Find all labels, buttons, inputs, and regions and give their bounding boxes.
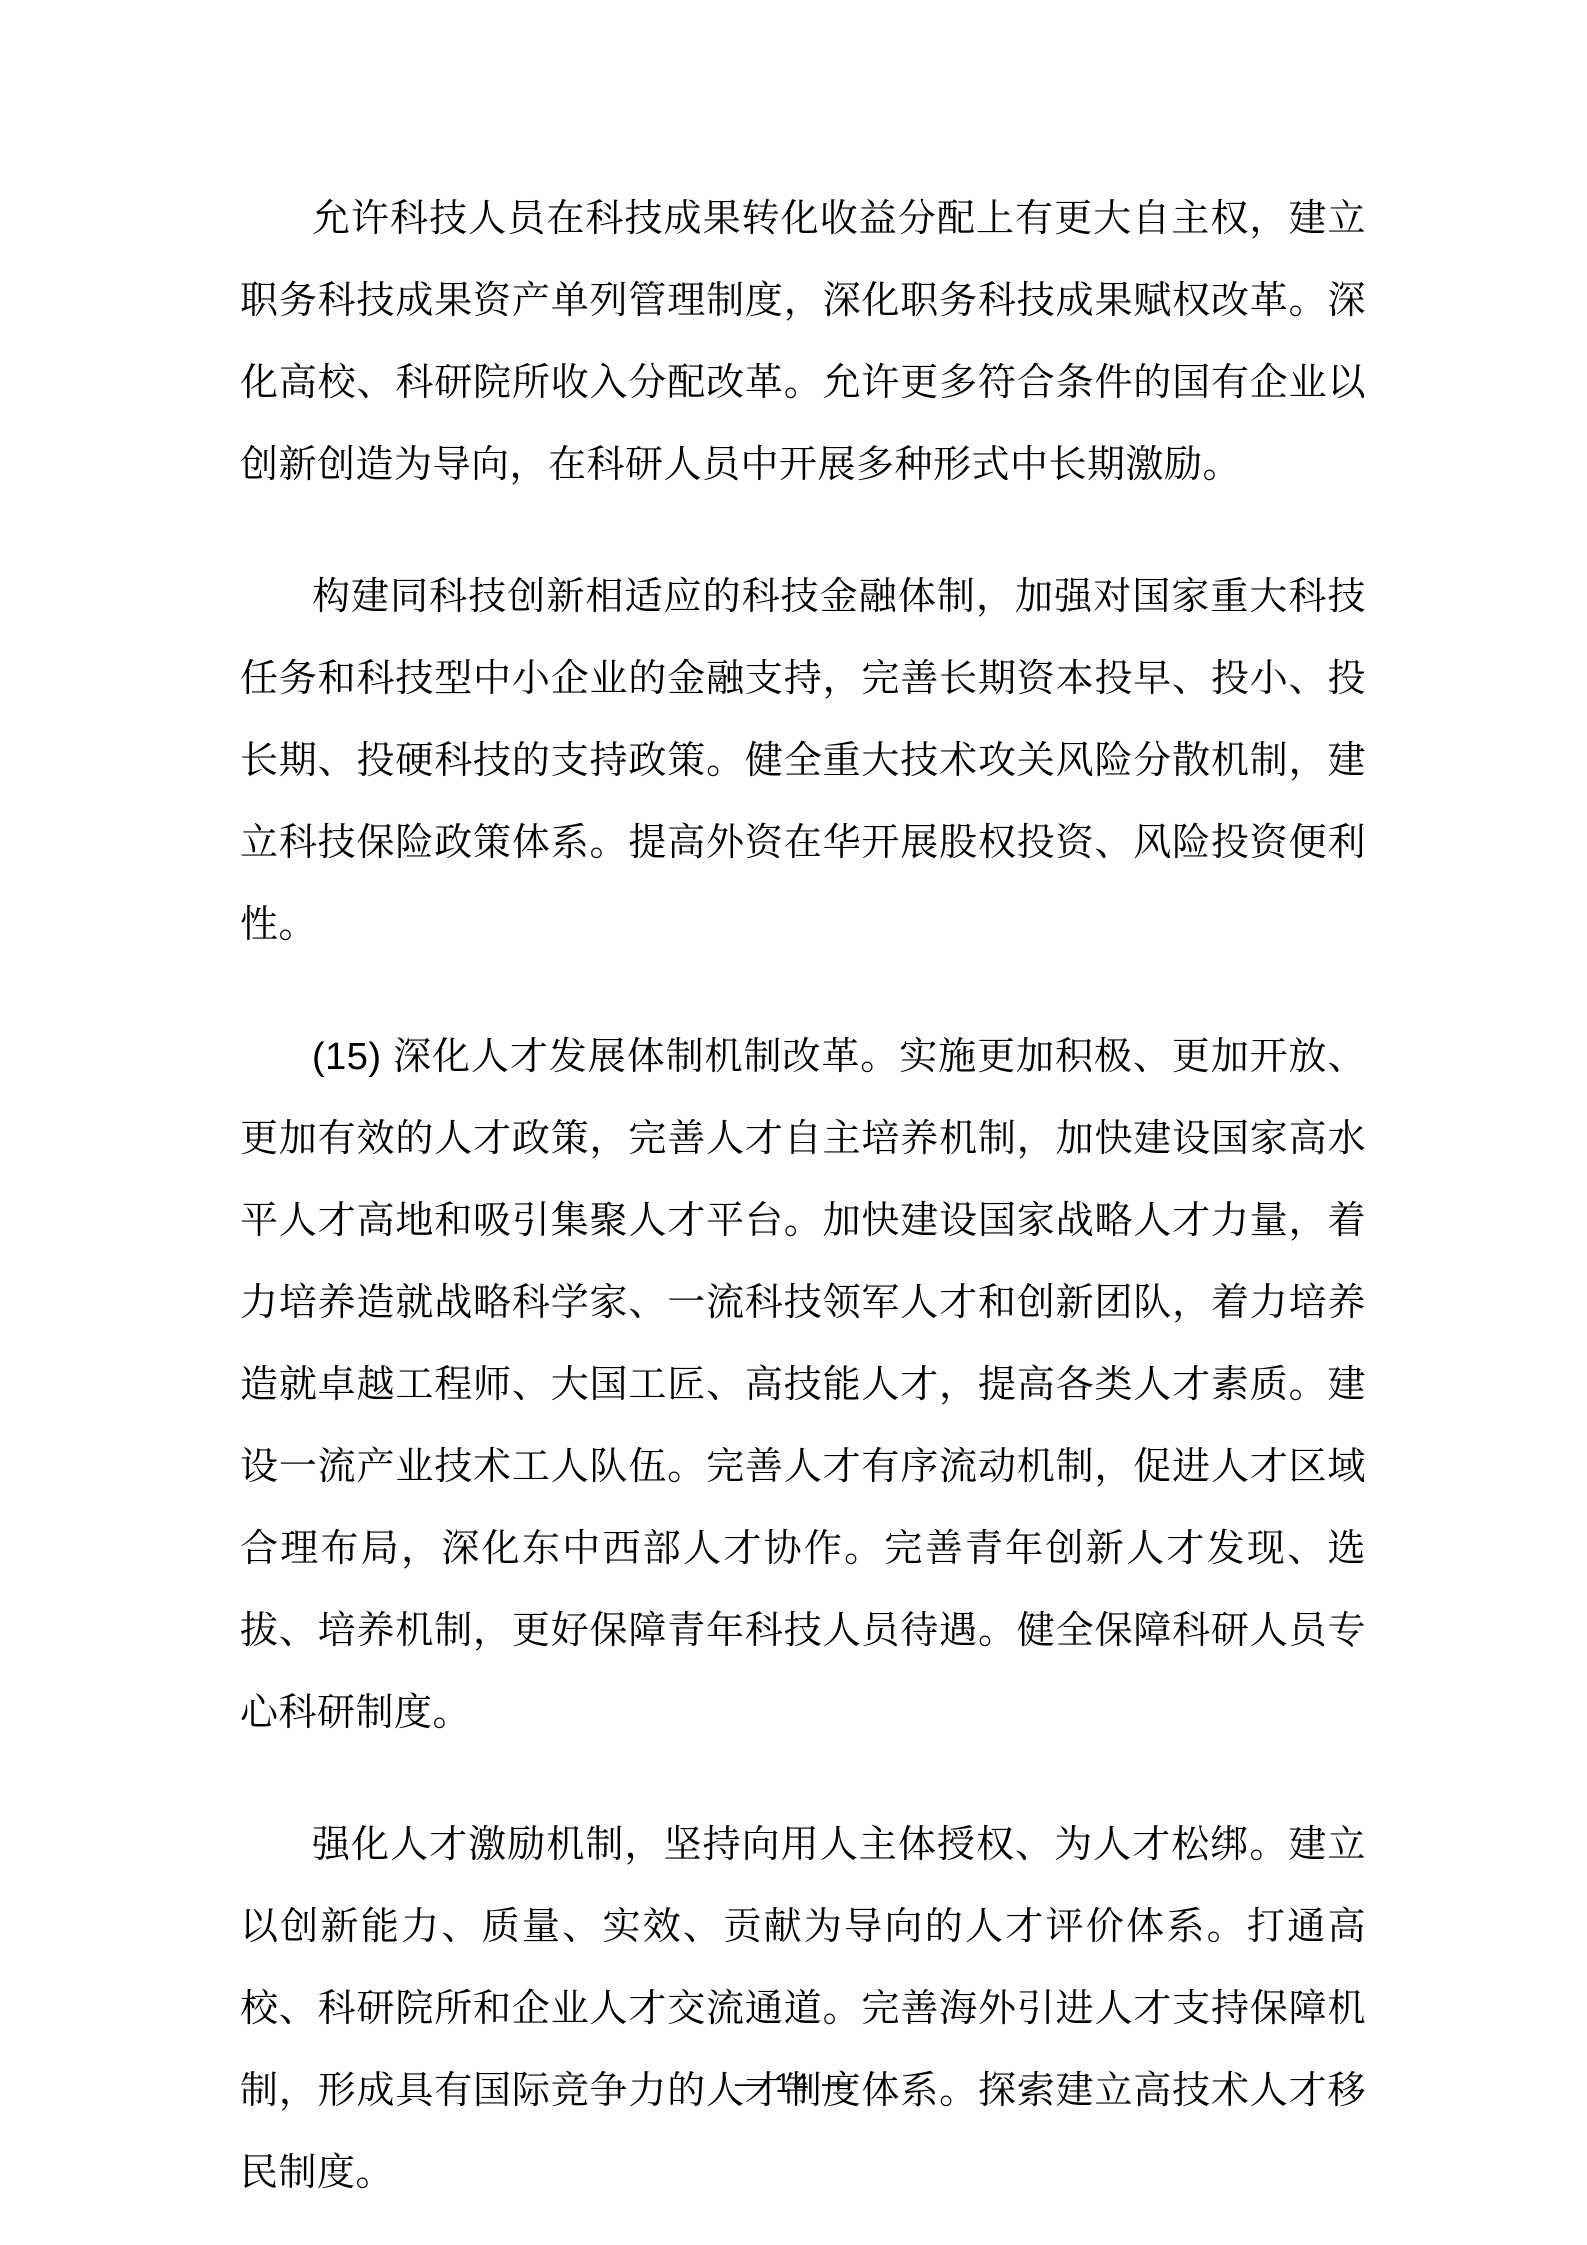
- paragraph-tech-transfer-income: 允许科技人员在科技成果转化收益分配上有更大自主权，建立职务科技成果资产单列管理制…: [240, 178, 1366, 506]
- document-page: 允许科技人员在科技成果转化收益分配上有更大自主权，建立职务科技成果资产单列管理制…: [0, 0, 1587, 2245]
- paragraph-talent-incentive: 强化人才激励机制，坚持向用人主体授权、为人才松绑。建立以创新能力、质量、实效、贡…: [240, 1804, 1366, 2214]
- document-body: 允许科技人员在科技成果转化收益分配上有更大自主权，建立职务科技成果资产单列管理制…: [240, 178, 1366, 2214]
- page-number: — 14 —: [0, 2066, 1587, 2100]
- paragraph-tech-finance-system: 构建同科技创新相适应的科技金融体制，加强对国家重大科技任务和科技型中小企业的金融…: [240, 556, 1366, 966]
- paragraph-item-15-talent-reform: (15) 深化人才发展体制机制改革。实施更加积极、更加开放、更加有效的人才政策，…: [240, 1016, 1366, 1754]
